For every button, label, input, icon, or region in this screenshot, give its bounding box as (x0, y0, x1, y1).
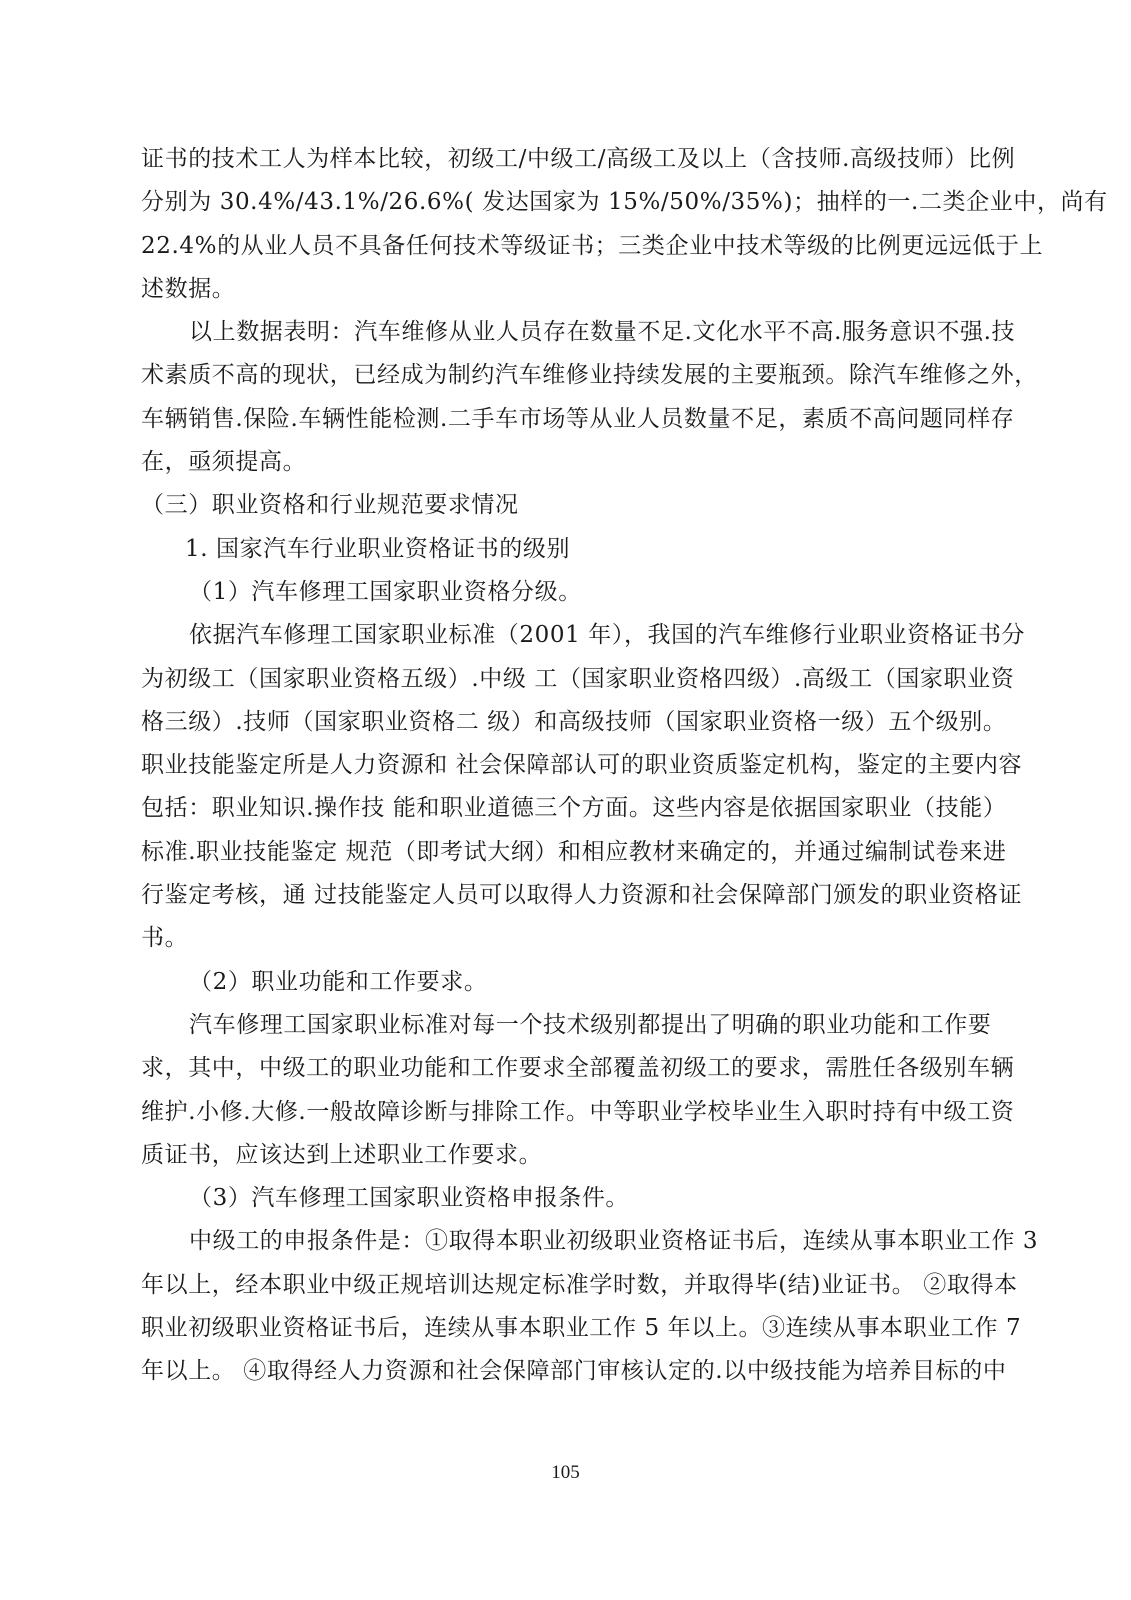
text-line: 车辆销售.保险.车辆性能检测.二手车市场等从业人员数量不足，素质不高问题同样存 (141, 398, 991, 441)
subheading-2: （2）职业功能和工作要求。 (141, 961, 991, 1004)
page-number: 105 (0, 1462, 1131, 1484)
paragraph-application-conditions: 中级工的申报条件是：①取得本职业初级职业资格证书后，连续从事本职业工作 3 年以… (141, 1220, 991, 1393)
paragraph-statistics-continued: 证书的技术工人为样本比较，初级工/中级工/高级工及以上（含技师.高级技师）比例 … (141, 138, 991, 311)
paragraph-job-functions: 汽车修理工国家职业标准对每一个技术级别都提出了明确的职业功能和工作要 求，其中，… (141, 1004, 991, 1177)
paragraph-data-conclusion: 以上数据表明：汽车维修从业人员存在数量不足.文化水平不高.服务意识不强.技 术素… (141, 311, 991, 484)
subheading-1: （1）汽车修理工国家职业资格分级。 (141, 571, 991, 614)
text-line: 质证书，应该达到上述职业工作要求。 (141, 1134, 991, 1177)
subheading-3: （3）汽车修理工国家职业资格申报条件。 (141, 1177, 991, 1220)
text-line: 求，其中，中级工的职业功能和工作要求全部覆盖初级工的要求，需胜任各级别车辆 (141, 1047, 991, 1090)
text-line: 分别为 30.4%/43.1%/26.6%( 发达国家为 15%/50%/35%… (141, 181, 991, 224)
text-line: 术素质不高的现状，已经成为制约汽车维修业持续发展的主要瓶颈。除汽车维修之外， (141, 354, 991, 397)
text-line: 述数据。 (141, 268, 991, 311)
text-line: 职业技能鉴定所是人力资源和 社会保障部认可的职业资质鉴定机构，鉴定的主要内容 (141, 744, 991, 787)
numbered-heading: 1. 国家汽车行业职业资格证书的级别 (141, 528, 991, 571)
text-line: 22.4%的从业人员不具备任何技术等级证书；三类企业中技术等级的比例更远远低于上 (141, 225, 991, 268)
text-line: 汽车修理工国家职业标准对每一个技术级别都提出了明确的职业功能和工作要 (141, 1004, 991, 1047)
section-heading: （三）职业资格和行业规范要求情况 (141, 484, 991, 527)
document-page: 证书的技术工人为样本比较，初级工/中级工/高级工及以上（含技师.高级技师）比例 … (141, 138, 991, 1394)
text-line: 在，亟须提高。 (141, 441, 991, 484)
text-line: 证书的技术工人为样本比较，初级工/中级工/高级工及以上（含技师.高级技师）比例 (141, 138, 991, 181)
text-line: 以上数据表明：汽车维修从业人员存在数量不足.文化水平不高.服务意识不强.技 (141, 311, 991, 354)
text-line: 维护.小修.大修.一般故障诊断与排除工作。中等职业学校毕业生入职时持有中级工资 (141, 1091, 991, 1134)
text-line: 包括：职业知识.操作技 能和职业道德三个方面。这些内容是依据国家职业（技能） (141, 787, 991, 830)
text-line: 年以上。 ④取得经人力资源和社会保障部门审核认定的.以中级技能为培养目标的中 (141, 1350, 991, 1393)
text-line: 中级工的申报条件是：①取得本职业初级职业资格证书后，连续从事本职业工作 3 (141, 1220, 991, 1263)
text-line: 为初级工（国家职业资格五级）.中级 工（国家职业资格四级）.高级工（国家职业资 (141, 658, 991, 701)
text-line: 依据汽车修理工国家职业标准（2001 年），我国的汽车维修行业职业资格证书分 (141, 614, 991, 657)
paragraph-qualification-levels: 依据汽车修理工国家职业标准（2001 年），我国的汽车维修行业职业资格证书分 为… (141, 614, 991, 960)
text-line: 年以上，经本职业中级正规培训达规定标准学时数，并取得毕(结)业证书。 ②取得本 (141, 1264, 991, 1307)
text-line: 职业初级职业资格证书后，连续从事本职业工作 5 年以上。③连续从事本职业工作 7 (141, 1307, 991, 1350)
text-line: 书。 (141, 917, 991, 960)
text-line: 格三级）.技师（国家职业资格二 级）和高级技师（国家职业资格一级）五个级别。 (141, 701, 991, 744)
text-line: 标准.职业技能鉴定 规范（即考试大纲）和相应教材来确定的，并通过编制试卷来进 (141, 831, 991, 874)
text-line: 行鉴定考核，通 过技能鉴定人员可以取得人力资源和社会保障部门颁发的职业资格证 (141, 874, 991, 917)
